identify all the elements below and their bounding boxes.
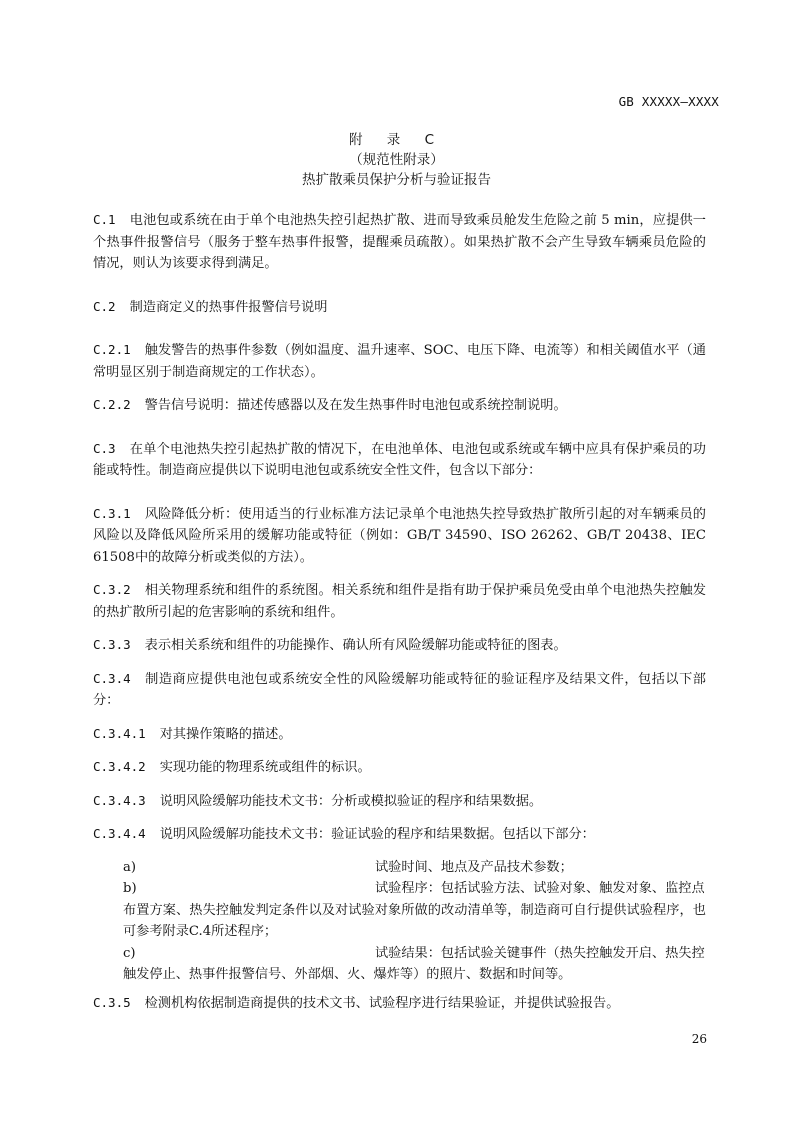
- test-item-list: a) 试验时间、地点及产品技术参数； b) 试验程序：包括试验方法、试验对象、触…: [93, 857, 706, 986]
- section-c3-4-2: C.3.4.2实现功能的物理系统或组件的标识。: [93, 756, 706, 779]
- section-c3-1: C.3.1风险降低分析：使用适当的行业标准方法记录单个电池热失控导致热扩散所引起…: [93, 503, 706, 569]
- section-c3-4-3: C.3.4.3说明风险缓解功能技术文书：分析或模拟验证的程序和结果数据。: [93, 790, 706, 813]
- section-c3: C.3在单个电池热失控引起热扩散的情况下，在电池单体、电池包或系统或车辆中应具有…: [93, 438, 706, 482]
- appendix-title-block: 附 录 C （规范性附录） 热扩散乘员保护分析与验证报告: [0, 130, 793, 190]
- section-c3-4: C.3.4制造商应提供电池包或系统安全性的风险缓解功能或特征的验证程序及结果文件…: [93, 668, 706, 712]
- appendix-name: 热扩散乘员保护分析与验证报告: [0, 170, 793, 190]
- list-item-c: c) 试验结果：包括试验关键事件（热失控触发开启、热失控 触发停止、热事件报警信…: [93, 943, 706, 986]
- section-c3-4-1: C.3.4.1对其操作策略的描述。: [93, 723, 706, 746]
- standard-id-header: GB XXXXX—XXXX: [619, 94, 719, 109]
- section-c2-2: C.2.2警告信号说明：描述传感器以及在发生热事件时电池包或系统控制说明。: [93, 394, 706, 417]
- appendix-type: （规范性附录）: [0, 150, 793, 170]
- appendix-label: 附 录 C: [0, 130, 793, 150]
- section-c3-5: C.3.5检测机构依据制造商提供的技术文书、试验程序进行结果验证，并提供试验报告…: [93, 992, 706, 1015]
- page-number: 26: [692, 1032, 707, 1046]
- section-c3-2: C.3.2相关物理系统和组件的系统图。相关系统和组件是指有助于保护乘员免受由单个…: [93, 579, 706, 623]
- section-c2-1: C.2.1触发警告的热事件参数（例如温度、温升速率、SOC、电压下降、电流等）和…: [93, 339, 706, 383]
- section-c3-4-4: C.3.4.4说明风险缓解功能技术文书：验证试验的程序和结果数据。包括以下部分：: [93, 823, 706, 846]
- section-c3-3: C.3.3表示相关系统和组件的功能操作、确认所有风险缓解功能或特征的图表。: [93, 634, 706, 657]
- list-item-a: a) 试验时间、地点及产品技术参数；: [93, 857, 706, 879]
- section-c2: C.2制造商定义的热事件报警信号说明: [93, 296, 706, 319]
- section-c1: C.1电池包或系统在由于单个电池热失控引起热扩散、进而导致乘员舱发生危险之前 5…: [93, 209, 706, 275]
- document-body: C.1电池包或系统在由于单个电池热失控引起热扩散、进而导致乘员舱发生危险之前 5…: [93, 209, 706, 1014]
- list-item-b: b) 试验程序：包括试验方法、试验对象、触发对象、监控点 布置方案、热失控触发判…: [93, 878, 706, 943]
